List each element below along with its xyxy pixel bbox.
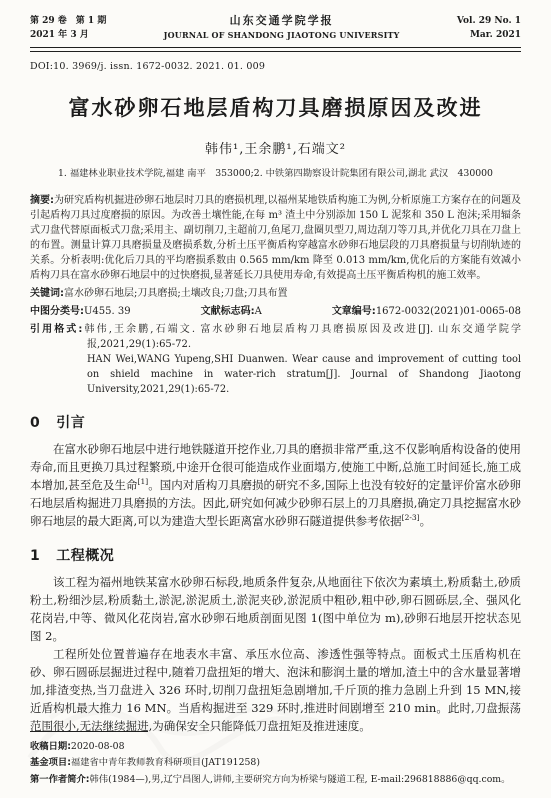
journal-name-en: JOURNAL OF SHANDONG JIAOTONG UNIVERSITY — [114, 28, 449, 42]
keywords-label: 关键词: — [30, 288, 64, 299]
clc-value: U455. 39 — [84, 306, 131, 317]
section-1-title: 工程概况 — [56, 548, 114, 564]
meta-line: 中图分类号:U455. 39 文献标志码:A 文章编号:1672-0032(20… — [30, 304, 521, 319]
doc-code-value: A — [255, 306, 262, 317]
affiliation-line: 1. 福建林业职业技术学院,福建 南平 353000;2. 中铁第四勘察设计院集… — [30, 165, 521, 179]
bio-value: 韩伟(1984—),男,辽宁昌图人,讲师,主要研究方向为桥梁与隧道工程, E-m… — [90, 774, 511, 785]
abstract-label: 摘要: — [30, 195, 54, 206]
section-0-title: 引言 — [56, 415, 85, 431]
article-id-item: 文章编号:1672-0032(2021)01-0065-08 — [332, 304, 521, 319]
fund-line: 基金项目:福建省中青年教师教育科研项目(JAT191258) — [30, 755, 521, 772]
section-0-paragraph-1: 在富水砂卵石地层中进行地铁隧道开挖作业,刀具的磨损非常严重,这不仅影响盾构设备的… — [30, 440, 521, 530]
abstract-block: 摘要:为研究盾构机掘进砂卵石地层时刀具的磨损机理,以福州某地铁盾构施工为例,分析… — [30, 193, 521, 397]
clc-label: 中图分类号: — [30, 306, 84, 317]
footnote-block: 收稿日期:2020-08-08 基金项目:福建省中青年教师教育科研项目(JAT1… — [30, 731, 521, 789]
doc-code-item: 文献标志码:A — [201, 304, 262, 319]
volume-issue-zh: 第 29 卷 第 1 期 — [30, 14, 106, 28]
article-title: 富水砂卵石地层盾构刀具磨损原因及改进 — [30, 92, 521, 122]
journal-header: 第 29 卷 第 1 期 2021 年 3 月 山东交通学院学报 JOURNAL… — [30, 14, 521, 42]
date-zh: 2021 年 3 月 — [30, 28, 106, 42]
keywords-text: 富水砂卵石地层;刀具磨损;土壤改良;刀盘;刀具布置 — [64, 288, 287, 299]
citation-zh-line: 引用格式:韩伟,王余鹏,石端文. 富水砂卵石地层盾构刀具磨损原因及改进[J]. … — [87, 322, 521, 352]
doi-line: DOI:10. 3969/j. issn. 1672-0032. 2021. 0… — [30, 61, 521, 72]
section-1-paragraph-2: 工程所处位置普遍存在地表水丰富、承压水位高、渗透性强等特点。面板式土压盾构机在砂… — [30, 645, 521, 735]
article-id-value: 1672-0032(2021)01-0065-08 — [376, 306, 521, 317]
header-right: Vol. 29 No. 1 Mar. 2021 — [457, 14, 521, 42]
paragraph-text: 。 — [420, 514, 432, 528]
citation-label: 引用格式: — [30, 324, 82, 335]
bio-line: 第一作者简介:韩伟(1984—),男,辽宁昌图人,讲师,主要研究方向为桥梁与隧道… — [30, 772, 521, 789]
keywords-line: 关键词:富水砂卵石地层;刀具磨损;土壤改良;刀盘;刀具布置 — [30, 286, 521, 301]
abstract-paragraph: 摘要:为研究盾构机掘进砂卵石地层时刀具的磨损机理,以福州某地铁盾构施工为例,分析… — [30, 193, 521, 283]
article-id-label: 文章编号: — [332, 306, 376, 317]
section-1-heading: 1工程概况 — [30, 545, 521, 565]
section-0-number: 0 — [30, 415, 40, 431]
header-center: 山东交通学院学报 JOURNAL OF SHANDONG JIAOTONG UN… — [106, 14, 457, 42]
bio-label: 第一作者简介: — [30, 774, 90, 785]
header-left: 第 29 卷 第 1 期 2021 年 3 月 — [30, 14, 106, 42]
fund-label: 基金项目: — [30, 757, 71, 768]
fund-value: 福建省中青年教师教育科研项目(JAT191258) — [71, 757, 260, 768]
abstract-text: 为研究盾构机掘进砂卵石地层时刀具的磨损机理,以福州某地铁盾构施工为例,分析原施工… — [30, 195, 521, 281]
footnote-separator — [30, 731, 148, 732]
date-en: Mar. 2021 — [457, 28, 521, 42]
received-value: 2020-08-08 — [71, 741, 125, 752]
ref-marker-1: [1] — [138, 477, 149, 486]
section-0-heading: 0引言 — [30, 412, 521, 432]
received-label: 收稿日期: — [30, 741, 71, 752]
section-1-paragraph-1: 该工程为福州地铁某富水砂卵石标段,地质条件复杂,从地面往下依次为素填土,粉质黏土… — [30, 573, 521, 645]
clc-item: 中图分类号:U455. 39 — [30, 304, 131, 319]
journal-name-zh: 山东交通学院学报 — [114, 14, 449, 28]
authors-line: 韩伟¹,王余鹏¹,石端文² — [30, 138, 521, 157]
citation-en: HAN Wei,WANG Yupeng,SHI Duanwen. Wear ca… — [87, 352, 521, 397]
citation-block: 引用格式:韩伟,王余鹏,石端文. 富水砂卵石地层盾构刀具磨损原因及改进[J]. … — [30, 322, 521, 397]
volume-issue-en: Vol. 29 No. 1 — [457, 14, 521, 28]
doc-code-label: 文献标志码: — [201, 306, 255, 317]
citation-zh: 韩伟,王余鹏,石端文. 富水砂卵石地层盾构刀具磨损原因及改进[J]. 山东交通学… — [82, 324, 521, 350]
paper-page: 第 29 卷 第 1 期 2021 年 3 月 山东交通学院学报 JOURNAL… — [0, 0, 551, 798]
received-line: 收稿日期:2020-08-08 — [30, 739, 521, 756]
header-double-rule — [30, 47, 521, 52]
ref-marker-2-3: [2-3] — [402, 513, 420, 522]
section-1-number: 1 — [30, 548, 40, 564]
